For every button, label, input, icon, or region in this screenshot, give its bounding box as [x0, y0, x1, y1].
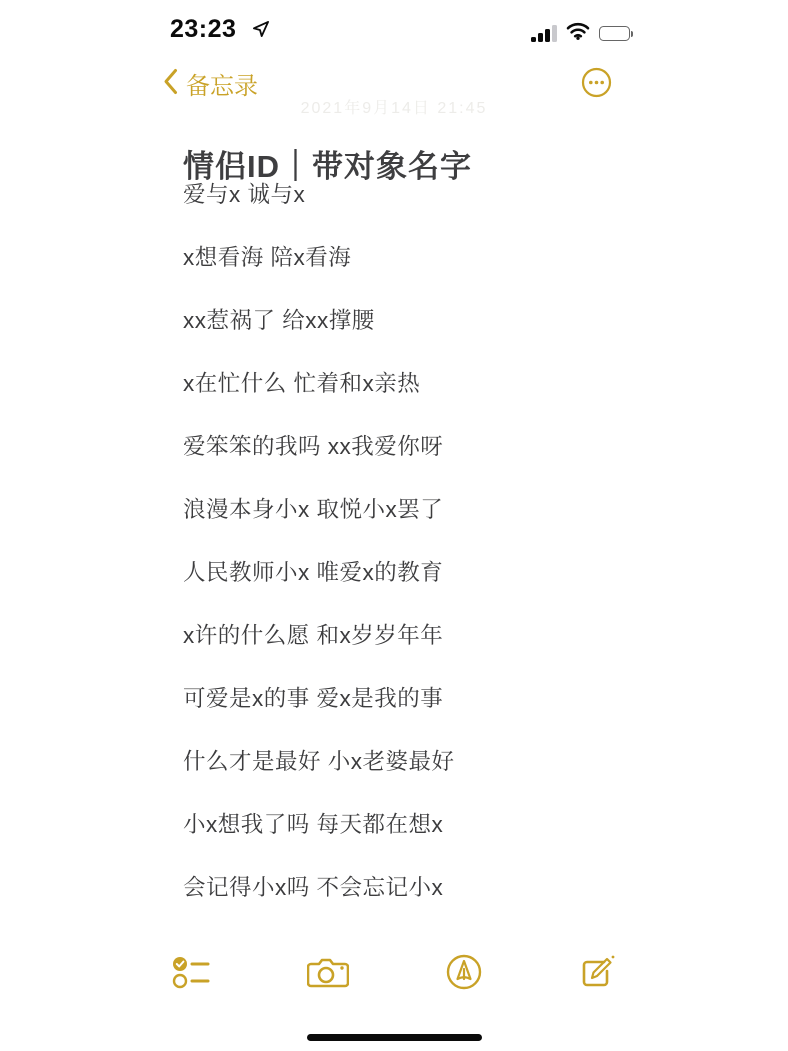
location-services-icon [252, 20, 270, 43]
note-line[interactable]: x许的什么愿 和x岁岁年年 [183, 604, 643, 667]
note-line[interactable]: 会记得小x吗 不会忘记小x [183, 856, 643, 919]
bottom-toolbar [172, 948, 616, 1000]
note-line[interactable]: 爱与x 诚与x [183, 163, 643, 226]
note-body[interactable]: 爱与x 诚与x x想看海 陪x看海 xx惹祸了 给xx撑腰 x在忙什么 忙着和x… [183, 163, 643, 919]
wifi-icon [566, 22, 590, 45]
notes-app-screen: 23:23 [0, 0, 788, 1051]
note-line[interactable]: 人民教师小x 唯爱x的教育 [183, 541, 643, 604]
note-line[interactable]: 什么才是最好 小x老婆最好 [183, 730, 643, 793]
cellular-signal-icon [531, 25, 557, 42]
clock-time: 23:23 [170, 15, 236, 44]
note-line[interactable]: x在忙什么 忙着和x亲热 [183, 352, 643, 415]
note-line[interactable]: x想看海 陪x看海 [183, 226, 643, 289]
nav-bar: 备忘录 2021年9月14日 21:45 [0, 62, 788, 108]
camera-button[interactable] [307, 956, 349, 993]
note-line[interactable]: 可爱是x的事 爱x是我的事 [183, 667, 643, 730]
more-options-button[interactable] [581, 67, 612, 103]
note-line[interactable]: 浪漫本身小x 取悦小x罢了 [183, 478, 643, 541]
note-line[interactable]: 小x想我了吗 每天都在想x [183, 793, 643, 856]
checklist-button[interactable] [172, 953, 212, 996]
ellipsis-circle-icon [581, 85, 612, 102]
note-line[interactable]: xx惹祸了 给xx撑腰 [183, 289, 643, 352]
checklist-icon [172, 953, 212, 996]
status-bar: 23:23 [0, 0, 788, 50]
markup-button[interactable] [445, 953, 483, 996]
note-date: 2021年9月14日 21:45 [0, 95, 788, 118]
compose-icon [578, 953, 616, 996]
markup-icon [445, 953, 483, 996]
compose-button[interactable] [578, 953, 616, 996]
home-indicator[interactable] [307, 1034, 482, 1041]
battery-icon [599, 26, 634, 41]
camera-icon [307, 956, 349, 993]
note-line[interactable]: 爱笨笨的我吗 xx我爱你呀 [183, 415, 643, 478]
